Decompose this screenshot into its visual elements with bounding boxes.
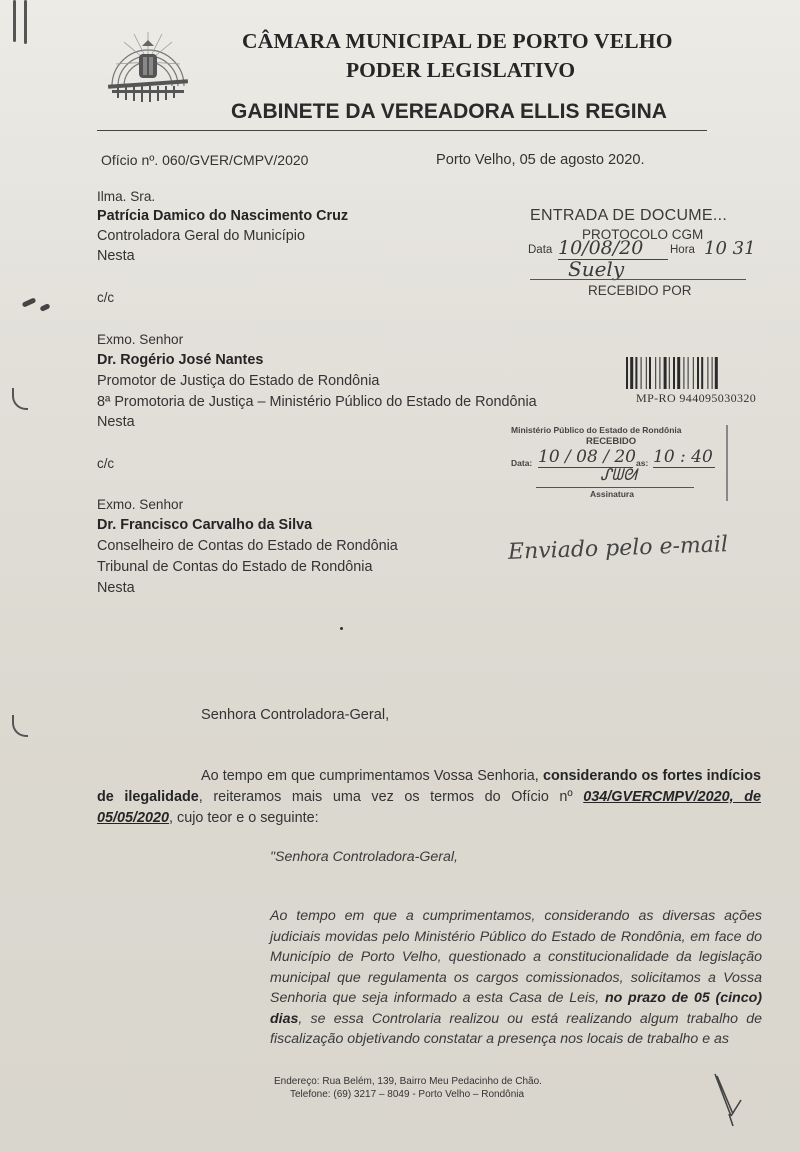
speck bbox=[340, 627, 343, 630]
receiver-signature: ᔑᗯᘛ bbox=[600, 465, 637, 485]
receiver-signature: Suely bbox=[568, 257, 624, 281]
place-date: Porto Velho, 05 de agosto 2020. bbox=[436, 152, 645, 168]
recipient-organization: Tribunal de Contas do Estado de Rondônia bbox=[97, 559, 372, 575]
margin-curve-mark bbox=[12, 715, 28, 737]
stamp-border bbox=[726, 425, 728, 501]
cc-label: c/c bbox=[97, 290, 114, 305]
recipient-location: Nesta bbox=[97, 580, 135, 596]
staple-mark bbox=[24, 0, 27, 44]
staple-mark bbox=[13, 0, 16, 42]
recipient-salutation: Exmo. Senhor bbox=[97, 497, 183, 512]
date-label: Data: bbox=[511, 458, 532, 468]
recipient-name: Patrícia Damico do Nascimento Cruz bbox=[97, 208, 348, 224]
quoted-paragraph: Ao tempo em que a cumprimentamos, consid… bbox=[270, 906, 762, 1050]
signature-line bbox=[536, 487, 694, 488]
time-handwritten: 10 : 40 bbox=[653, 447, 715, 468]
date-label: Data bbox=[528, 244, 552, 256]
recipient-name: Dr. Rogério José Nantes bbox=[97, 352, 263, 368]
recipient-location: Nesta bbox=[97, 414, 135, 430]
stamp-header: Ministério Público do Estado de Rondônia bbox=[511, 425, 681, 435]
received-by-label: RECEBIDO POR bbox=[588, 283, 692, 298]
cc-label: c/c bbox=[97, 456, 114, 471]
letter-greeting: Senhora Controladora-Geral, bbox=[201, 707, 389, 723]
barcode bbox=[626, 357, 771, 391]
signature-line bbox=[530, 279, 746, 280]
recipient-name: Dr. Francisco Carvalho da Silva bbox=[97, 517, 312, 533]
header-divider bbox=[97, 130, 707, 131]
cgm-protocol-stamp: ENTRADA DE DOCUME... PROTOCOLO CGM Data … bbox=[508, 205, 768, 305]
quote-greeting: "Senhora Controladora-Geral, bbox=[270, 849, 458, 865]
oficio-number: Ofício nº. 060/GVER/CMPV/2020 bbox=[101, 152, 308, 168]
time-label: Hora bbox=[670, 244, 695, 256]
time-label: as: bbox=[636, 458, 648, 468]
municipal-seal-icon bbox=[104, 24, 192, 108]
barcode-number: MP-RO 944095030320 bbox=[636, 391, 756, 406]
footer-phone: Telefone: (69) 3217 – 8049 - Porto Velho… bbox=[290, 1089, 524, 1100]
stamp-title: ENTRADA DE DOCUME... bbox=[530, 207, 727, 225]
recipient-salutation: Exmo. Senhor bbox=[97, 332, 183, 347]
stamp-status: RECEBIDO bbox=[586, 436, 636, 447]
institution-name: CÂMARA MUNICIPAL DE PORTO VELHO bbox=[242, 29, 673, 54]
recipient-role: Promotor de Justiça do Estado de Rondôni… bbox=[97, 373, 379, 389]
hole-punch-mark bbox=[39, 303, 50, 312]
office-title: GABINETE DA VEREADORA ELLIS REGINA bbox=[231, 100, 667, 124]
recipient-location: Nesta bbox=[97, 248, 135, 264]
recipient-salutation: Ilma. Sra. bbox=[97, 189, 155, 204]
footer-address: Endereço: Rua Belém, 139, Bairro Meu Ped… bbox=[274, 1076, 542, 1087]
time-handwritten: 10 31 bbox=[704, 238, 756, 259]
mp-received-stamp: Ministério Público do Estado de Rondônia… bbox=[508, 425, 738, 505]
branch-name: PODER LEGISLATIVO bbox=[346, 58, 575, 83]
recipient-role: Controladora Geral do Município bbox=[97, 228, 305, 244]
signature-label: Assinatura bbox=[590, 489, 634, 499]
recipient-organization: 8ª Promotoria de Justiça – Ministério Pú… bbox=[97, 394, 537, 410]
hole-punch-mark bbox=[22, 297, 37, 307]
letter-paragraph: Ao tempo em que cumprimentamos Vossa Sen… bbox=[97, 766, 761, 829]
rubric-mark bbox=[703, 1070, 753, 1135]
handwritten-note: Enviado pelo e-mail bbox=[508, 532, 729, 565]
recipient-role: Conselheiro de Contas do Estado de Rondô… bbox=[97, 538, 398, 554]
margin-curve-mark bbox=[12, 388, 28, 410]
